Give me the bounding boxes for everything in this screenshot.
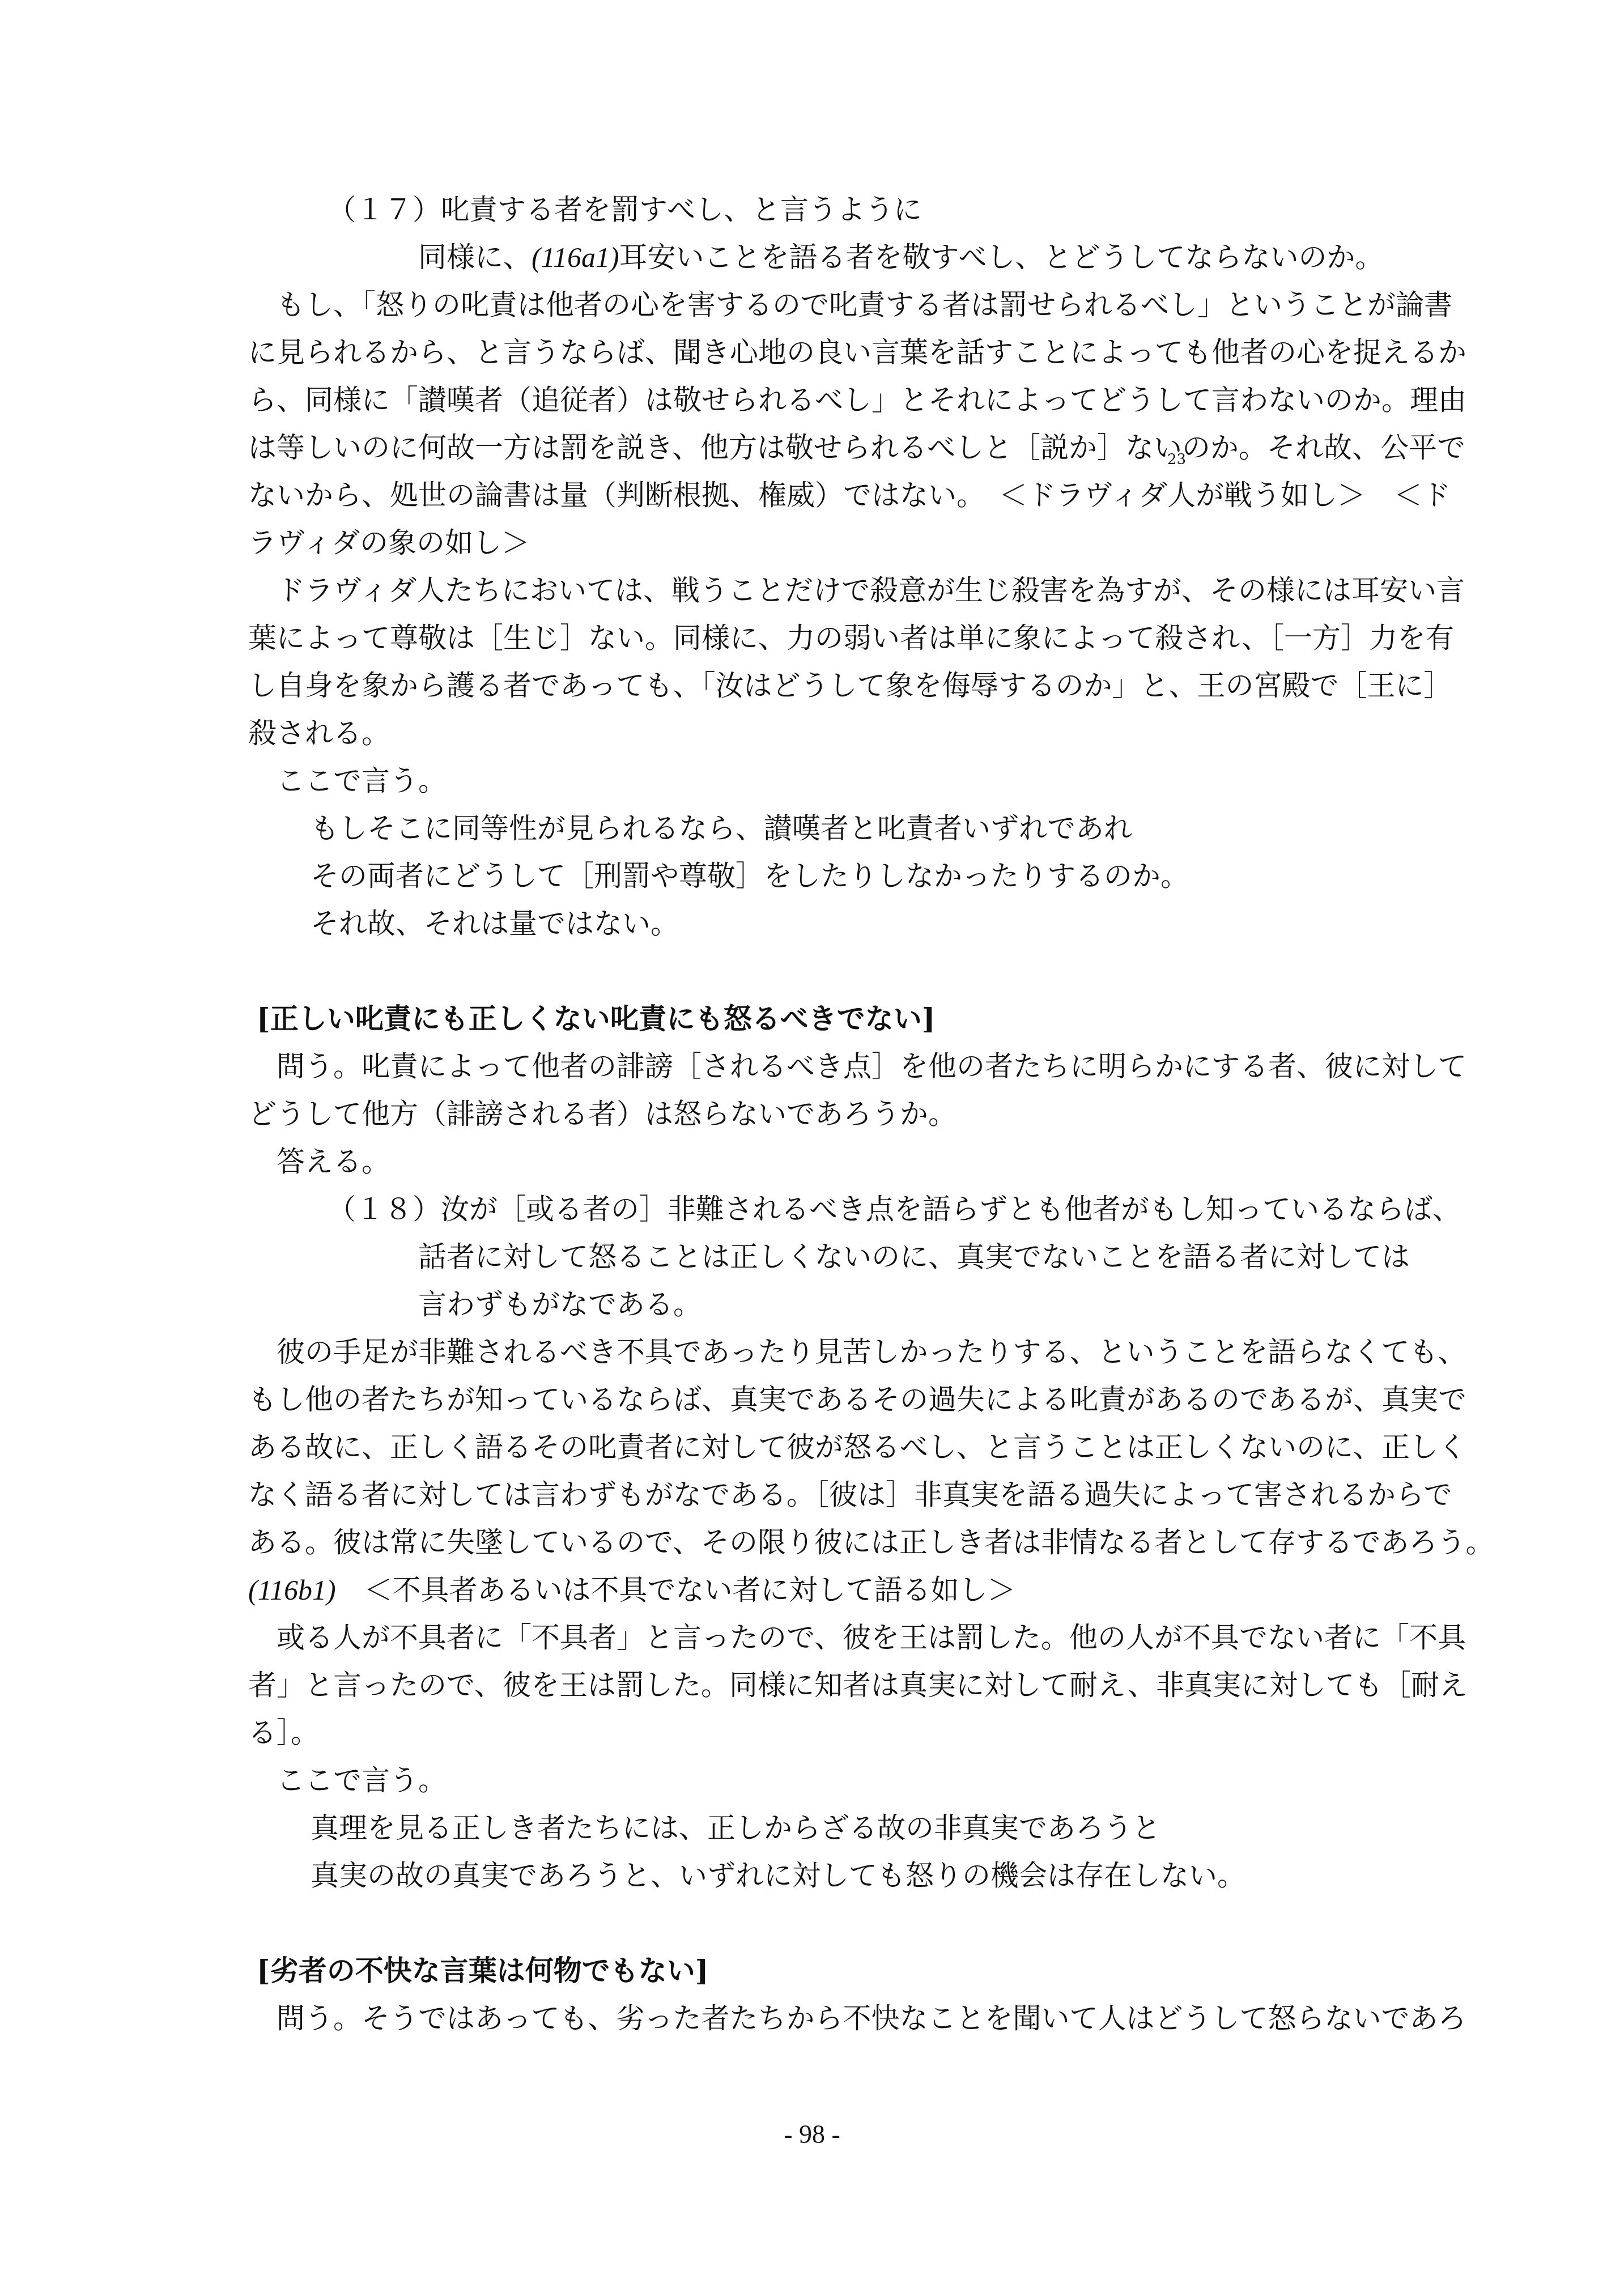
paragraph-1-line-4: は等しいのに何故一方は罰を説き、他方は敬せられるべしと［説か］ないのか。それ故、… [248, 424, 1424, 471]
verse-17-line-2-pre: 同様に、 [418, 241, 532, 274]
paragraph-4-line-1: 或る人が不具者に「不具者」と言ったので、彼を王は罰した。他の人が不具でない者に「… [248, 1614, 1424, 1661]
here-says-1: ここで言う。 [248, 757, 1424, 805]
verse-17-line-2-post: 耳安いことを語る者を敬すべし、とどうしてならないのか。 [619, 241, 1384, 274]
here-says-2: ここで言う。 [248, 1757, 1424, 1804]
verse-18-line-2: 話者に対して怒ることは正しくないのに、真実でないことを語る者に対しては [248, 1233, 1424, 1281]
verse-b-line-2: 真実の故の真実であろうと、いずれに対しても怒りの機会は存在しない。 [248, 1852, 1424, 1899]
footnote-base-char: 人 [1167, 479, 1196, 512]
question-1-line-1: 問う。叱責によって他者の誹謗［されるべき点］を他の者たちに明らかにする者、彼に対… [248, 1043, 1424, 1090]
section-heading-1: [正しい叱責にも正しくない叱責にも怒るべきでない] [248, 995, 1424, 1043]
folio-reference-116a1: (116a1) [532, 241, 619, 273]
paragraph-3-line-1: 彼の手足が非難されるべき不具であったり見苦しかったりする、ということを語らなくて… [248, 1328, 1424, 1376]
paragraph-2-line-1: ドラヴィダ人たちにおいては、戦うことだけで殺意が生じ殺害を為すが、その様には耳安… [248, 567, 1424, 614]
verse-18-line-3: 言わずもがなである。 [248, 1281, 1424, 1328]
paragraph-3-line-5: ある。彼は常に失墜しているので、その限り彼には正しき者は非情なる者として存するで… [248, 1519, 1424, 1566]
verse-a-line-2: その両者にどうして［刑罰や尊敬］をしたりしなかったりするのか。 [248, 852, 1424, 900]
verse-a-line-1: もしそこに同等性が見られるなら、讃嘆者と叱責者いずれであれ [248, 805, 1424, 852]
footnote-anchor: 23人 [1167, 471, 1196, 519]
verse-17-line-1: （１７）叱責する者を罰すべし、と言うように [248, 186, 1424, 233]
folio-line-116b1: (116b1) ＜不具者あるいは不具でない者に対して語る如し＞ [248, 1566, 1424, 1614]
section-gap [248, 947, 1424, 995]
question-2-line-1: 問う。そうではあっても、劣った者たちから不快なことを聞いて人はどうして怒らないで… [248, 1995, 1424, 2042]
paragraph-1-line-3: ら、同様に「讃嘆者（追従者）は敬せられるべし」とそれによってどうして言わないのか… [248, 376, 1424, 424]
paragraph-4-line-3: る］。 [248, 1709, 1424, 1757]
paragraph-1-line-1: もし、「怒りの叱責は他者の心を害するので叱責する者は罰せられるべし」ということが… [248, 281, 1424, 329]
question-1-line-2: どうして他方（誹謗される者）は怒らないであろうか。 [248, 1090, 1424, 1138]
section-gap [248, 1899, 1424, 1947]
paragraph-3-line-4: なく語る者に対しては言わずもがなである。［彼は］非真実を語る過失によって害される… [248, 1471, 1424, 1519]
paragraph-3-line-3: ある故に、正しく語るその叱責者に対して彼が怒るべし、と言うことは正しくないのに、… [248, 1423, 1424, 1471]
page-number: - 98 - [0, 2119, 1624, 2149]
footnote-number[interactable]: 23 [1167, 452, 1186, 467]
section-heading-2: [劣者の不快な言葉は何物でもない] [248, 1947, 1424, 1995]
paragraph-1-line-5: ないから、処世の論書は量（判断根拠、権威）ではない。 ＜ドラヴィダ23人が戦う如… [248, 471, 1424, 519]
verse-17-line-2: 同様に、(116a1)耳安いことを語る者を敬すべし、とどうしてならないのか。 [248, 233, 1424, 281]
paragraph-1-line-5-pre: ないから、処世の論書は量（判断根拠、権威）ではない。 ＜ドラヴィダ [248, 479, 1167, 512]
example-title: ＜不具者あるいは不具でない者に対して語る如し＞ [336, 1574, 1016, 1606]
paragraph-4-line-2: 者」と言ったので、彼を王は罰した。同様に知者は真実に対して耐え、非真実に対しても… [248, 1661, 1424, 1709]
paragraph-2-line-3: し自身を象から護る者であっても、「汝はどうして象を侮辱するのか」と、王の宮殿で［… [248, 662, 1424, 709]
document-page: （１７）叱責する者を罰すべし、と言うように 同様に、(116a1)耳安いことを語… [248, 186, 1424, 2042]
paragraph-2-line-2: 葉によって尊敬は［生じ］ない。同様に、力の弱い者は単に象によって殺され、［一方］… [248, 614, 1424, 662]
verse-a-line-3: それ故、それは量ではない。 [248, 900, 1424, 947]
paragraph-2-line-4: 殺される。 [248, 709, 1424, 757]
answer-label: 答える。 [248, 1138, 1424, 1185]
paragraph-1-line-6: ラヴィダの象の如し＞ [248, 519, 1424, 567]
paragraph-1-line-2: に見られるから、と言うならば、聞き心地の良い言葉を話すことによっても他者の心を捉… [248, 329, 1424, 376]
paragraph-3-line-2: もし他の者たちが知っているならば、真実であるその過失による叱責があるのであるが、… [248, 1376, 1424, 1423]
verse-18-line-1: （１８）汝が［或る者の］非難されるべき点を語らずとも他者がもし知っているならば、 [248, 1185, 1424, 1233]
verse-b-line-1: 真理を見る正しき者たちには、正しからざる故の非真実であろうと [248, 1804, 1424, 1852]
paragraph-1-line-5-post: が戦う如し＞ ＜ド [1196, 479, 1451, 512]
folio-reference-116b1: (116b1) [248, 1574, 336, 1606]
